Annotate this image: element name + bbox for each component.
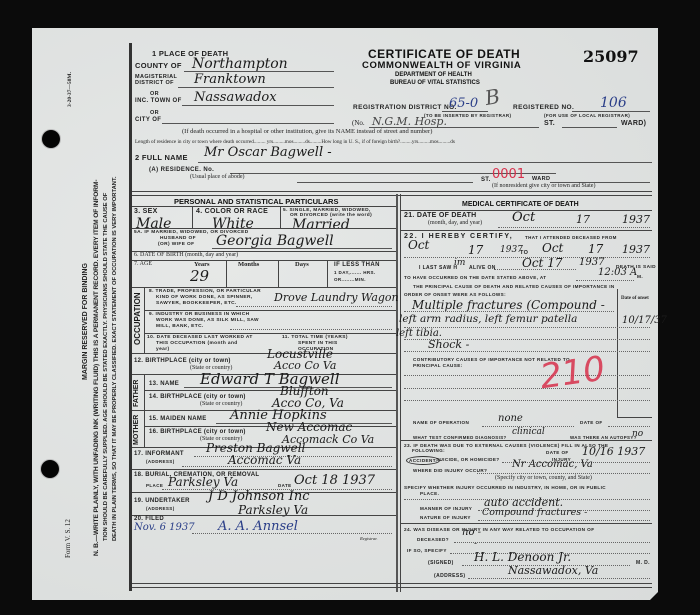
registrar-stamp-initials: B (483, 84, 502, 110)
town-value[interactable]: Nassawadox (194, 90, 277, 105)
filed-date-value[interactable]: Nov. 6 1937 (134, 522, 195, 533)
doctor-address-label: (ADDRESS) (434, 573, 465, 579)
last-worked-label-2: THIS OCCUPATION (month and (156, 341, 238, 346)
print-code: 3-20-37—50M. (67, 72, 73, 107)
residence-ward-label: WARD (532, 176, 550, 182)
less-label-3: OR........MIN. (334, 277, 366, 282)
if-so-label: IF SO, SPECIFY (407, 548, 447, 553)
burial-date-value[interactable]: Oct 18 1937 (294, 473, 375, 488)
hospital-note: (If death occurred in a hospital or othe… (182, 128, 432, 135)
form-id: Form V. S. 12 (64, 519, 72, 558)
county-value[interactable]: Northampton (192, 56, 288, 72)
institution-no-label: (No. (352, 119, 365, 127)
autopsy-value[interactable]: no (632, 429, 643, 439)
less-label-1: IF LESS THAN (334, 262, 380, 268)
industry-label-1: 9. INDUSTRY OR BUSINESS IN WHICH (149, 312, 250, 317)
certify-rest: THAT I ATTENDED DECEASED FROM (525, 235, 617, 240)
test-value[interactable]: clinical (512, 427, 545, 437)
attended-to-year[interactable]: 1937 (622, 243, 650, 256)
institution-st-label: ST. (544, 120, 555, 127)
attended-from-month[interactable]: Oct (408, 238, 429, 252)
father-birthplace-state-label: (State or country) (200, 401, 242, 407)
onset-date-value[interactable]: 10/17/37 (622, 315, 667, 326)
registrar-label: Registrar. (360, 536, 378, 541)
certificate-subtitle: COMMONWEALTH OF VIRGINIA (362, 60, 521, 71)
instructions-line-3: DEATH IN PLAIN TERMS, SO THAT IT MAY BE … (112, 177, 118, 541)
nonresident-note: (If nonresident give city or town and St… (492, 183, 595, 189)
operation-date-label: DATE OF (580, 420, 603, 425)
doctor-address-value[interactable]: Nassawadox, Va (508, 564, 598, 577)
specify-label-2: PLACE. (420, 491, 439, 496)
dod-note: (month, day, and year) (428, 220, 482, 226)
operation-label: NAME OF OPERATION (413, 420, 469, 425)
undertaker-label: 19. UNDERTAKER (134, 498, 190, 504)
bureau: BUREAU OF VITAL STATISTICS (390, 80, 480, 86)
accident-option[interactable]: ACCIDENT, (406, 456, 440, 465)
attended-to-day[interactable]: 17 (588, 242, 603, 256)
personal-header: PERSONAL AND STATISTICAL PARTICULARS (174, 197, 338, 206)
occupation-related-label-1: 24. WAS DISEASE OR INJURY IN ANY WAY REL… (404, 527, 594, 532)
undertaker-value[interactable]: J D Johnson Inc (208, 489, 309, 504)
race-label: 4. COLOR OR RACE (196, 208, 268, 215)
code-mark: 210 (538, 349, 608, 398)
dod-day-value[interactable]: 17 (576, 213, 590, 226)
cause-label-2: ORDER OF ONSET WERE AS FOLLOWS: (404, 292, 506, 297)
total-time-label-1: 11. TOTAL TIME (YEARS) (282, 335, 348, 340)
operation-value[interactable]: none (498, 413, 523, 424)
where-value[interactable]: Nr Accomac, Va (512, 459, 593, 470)
last-saw-date[interactable]: Oct 17 (522, 256, 562, 270)
attended-from-day[interactable]: 17 (468, 243, 483, 257)
instructions-line-1: N. B.—WRITE PLAINLY, WITH UNFADING INK (… (93, 180, 100, 556)
burial-place-value[interactable]: Parksley Va (168, 475, 238, 489)
spouse-label-3: (OR) WIFE OF (158, 242, 195, 247)
informant-address-value[interactable]: Accomac Va (228, 453, 301, 467)
undertaker-address-label: (ADDRESS) (146, 506, 175, 511)
trade-label-1: 8. TRADE, PROFESSION, OR PARTICULAR (149, 289, 261, 294)
burial-date-label: DATE (278, 483, 292, 488)
last-saw-label: I LAST SAW H (419, 265, 457, 271)
trade-label-3: SAWYER, BOOKKEEPER, ETC. (156, 301, 237, 306)
full-name-value[interactable]: Mr Oscar Bagwell - (204, 145, 332, 160)
injury-date-label-1: DATE OF (546, 450, 569, 455)
registration-district-value[interactable]: 65-0 (449, 96, 478, 111)
dod-month-value[interactable]: Oct (512, 210, 535, 225)
md-label: M. D. (636, 560, 650, 566)
marital-value[interactable]: Married (292, 217, 350, 233)
or-label-1: OR (150, 91, 159, 97)
total-time-label-2: SPENT IN THIS (298, 341, 338, 346)
binding-hole-bottom (41, 460, 59, 478)
days-label: Days (295, 261, 309, 268)
residence-note: (Usual place of abode) (190, 174, 244, 180)
trade-value[interactable]: Drove Laundry Wagon (274, 291, 399, 304)
cause-line-2[interactable]: left arm radius, left femur patella (399, 313, 577, 325)
residence-label: (A) RESIDENCE. No. (149, 167, 214, 173)
binding-hole-top (42, 130, 60, 148)
residence-st-code[interactable]: 0001 (492, 167, 525, 182)
birthplace-label: 12. BIRTHPLACE (city or town) (134, 358, 231, 364)
injury-date-value[interactable]: 10/16 1937 (582, 445, 645, 458)
registered-note: (FOR USE OF LOCAL REGISTRAR) (544, 113, 630, 118)
mother-birthplace-city-value[interactable]: New Accomac (266, 420, 352, 434)
county-label: COUNTY OF (135, 61, 182, 70)
registered-no-label: REGISTERED NO. (513, 104, 574, 111)
informant-address-label: (ADDRESS) (146, 459, 175, 464)
city-label: CITY OF (135, 117, 161, 123)
cause-line-4[interactable]: Shock - (428, 338, 469, 351)
registration-district-label: REGISTRATION DISTRICT NO. (353, 104, 457, 111)
residence-st-label: ST. (481, 177, 491, 183)
margin-note: MARGIN RESERVED FOR BINDING (82, 263, 89, 380)
institution-value[interactable]: N.G.M. Hosp. (372, 115, 447, 128)
suicide-homicide-label: SUICIDE, OR HOMICIDE? (436, 457, 500, 462)
occupation-related-label-2: DECEASED? (417, 537, 449, 542)
age-label: 7. AGE (134, 261, 152, 267)
mother-side-label: MOTHER (133, 415, 140, 445)
alive-on-label: ALIVE ON (469, 265, 496, 271)
instructions-line-2: TION SHOULD BE CAREFULLY SUPPLIED. AGE S… (103, 193, 109, 541)
nature-label: NATURE OF INJURY (420, 515, 471, 520)
town-label: INC. TOWN OF (135, 98, 182, 104)
medical-header: MEDICAL CERTIFICATE OF DEATH (462, 201, 579, 208)
death-time-value[interactable]: 12:03 A (598, 267, 637, 278)
informant-label: 17. INFORMANT (134, 451, 184, 457)
department: DEPARTMENT OF HEALTH (395, 72, 472, 78)
industry-label-2: WORK WAS DONE, AS SILK MILL, SAW (156, 318, 259, 323)
occurred-label: TO HAVE OCCURRED ON THE DATE STATED ABOV… (404, 275, 546, 280)
magisterial-label-2: DISTRICT OF (135, 80, 174, 86)
time-suffix: M. (637, 275, 643, 280)
certificate-number: 25097 (583, 47, 639, 66)
nature-value[interactable]: Compound fractures - (482, 507, 587, 518)
if-so-value[interactable]: - (474, 539, 477, 549)
magisterial-district-value[interactable]: Franktown (194, 72, 266, 87)
certificate-form: CERTIFICATE OF DEATH COMMONWEALTH OF VIR… (129, 43, 654, 591)
last-worked-label-3: year) (156, 347, 169, 352)
less-label-2: 1 DAY,....... HRS. (334, 270, 376, 275)
manner-label: MANNER OF INJURY (420, 506, 472, 511)
last-worked-label-1: 10. DATE DECEASED LAST WORKED AT (147, 335, 253, 340)
spouse-label-2: HUSBAND OF (160, 236, 196, 241)
burial-place-label: PLACE (146, 483, 163, 488)
spouse-value[interactable]: Georgia Bagwell (216, 233, 334, 249)
signed-value[interactable]: H. L. Denoon Jr. (474, 550, 571, 564)
father-birthplace-label: 14. BIRTHPLACE (city or town) (149, 394, 246, 400)
occupation-side-label: OCCUPATION (133, 292, 142, 345)
attended-to-month[interactable]: Oct (542, 241, 563, 255)
specify-label-1: SPECIFY WHETHER INJURY OCCURRED IN INDUS… (404, 485, 606, 490)
industry-label-3: MILL, BANK, ETC. (156, 324, 204, 329)
where-note: (Specify city or town, county, and State… (495, 475, 592, 481)
institution-ward-label: WARD) (621, 120, 646, 127)
last-saw-pronoun[interactable]: im (454, 258, 465, 268)
external-label-2: FOLLOWING: (412, 448, 445, 453)
dod-label: 21. DATE OF DEATH (404, 212, 477, 219)
or-label-2: OR (150, 110, 159, 116)
trade-label-2: KIND OF WORK DONE, AS SPINNER, (156, 295, 253, 300)
cause-label-1: THE PRINCIPAL CAUSE OF DEATH AND RELATED… (413, 284, 615, 289)
age-years-value[interactable]: 29 (190, 267, 209, 285)
mother-name-label: 15. MAIDEN NAME (149, 416, 207, 422)
registered-no-value[interactable]: 106 (600, 95, 627, 111)
contributory-label-2: PRINCIPAL CAUSE: (413, 363, 463, 368)
dod-year-value[interactable]: 1937 (622, 213, 650, 226)
certificate-title: CERTIFICATE OF DEATH (368, 47, 520, 61)
signed-label: (SIGNED) (428, 560, 454, 566)
months-label: Months (238, 261, 259, 268)
father-name-label: 13. NAME (149, 381, 179, 387)
sex-label: 3. SEX (134, 208, 158, 215)
mother-birthplace-label: 16. BIRTHPLACE (city or town) (149, 429, 246, 435)
cause-line-1[interactable]: Multiple fractures (Compound - (412, 298, 605, 312)
dob-label: 6. DATE OF BIRTH (month, day and year) (134, 252, 238, 258)
onset-label: Date of onset (621, 296, 649, 301)
full-name-label: 2 FULL NAME (135, 153, 188, 162)
registrar-value[interactable]: A. A. Annsel (218, 519, 298, 534)
father-side-label: FATHER (133, 380, 140, 407)
occupation-related-value[interactable]: no - (462, 527, 481, 538)
